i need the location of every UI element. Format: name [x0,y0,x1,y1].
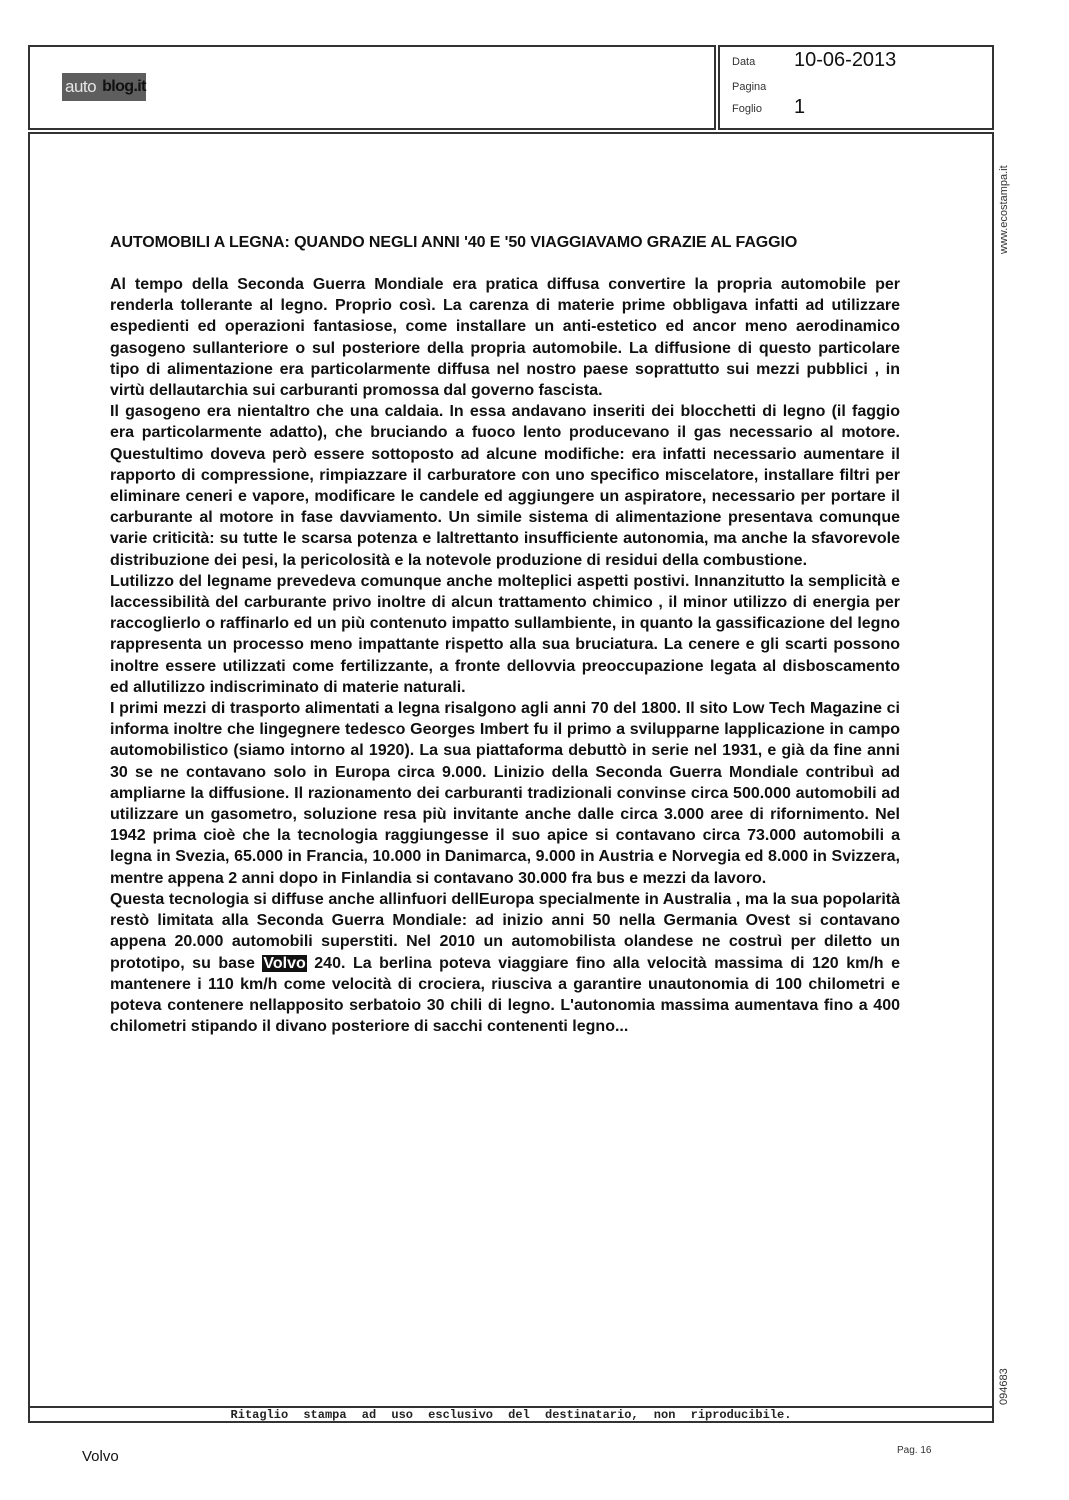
data-value: 10-06-2013 [794,49,896,72]
foglio-value: 1 [794,96,805,119]
logo-part-blog: blog.it [102,73,146,101]
header-logo-box: auto blog.it [28,45,716,130]
data-label: Data [732,56,755,68]
article-title: AUTOMOBILI A LEGNA: QUANDO NEGLI ANNI '4… [110,232,900,253]
foglio-label: Foglio [732,103,762,115]
paragraph-3: Lutilizzo del legname prevedeva comunque… [110,571,900,698]
pagina-label: Pagina [732,81,766,93]
page-number: Pag. 16 [897,1445,931,1456]
keyword-highlight: Volvo [262,955,306,972]
paragraph-4: I primi mezzi di trasporto alimentati a … [110,698,900,889]
paragraph-1: Al tempo della Seconda Guerra Mondiale e… [110,274,900,401]
reproduction-notice: Ritaglio stampa ad uso esclusivo del des… [30,1408,992,1422]
keyword-label: Volvo [82,1448,119,1465]
autoblog-logo: auto blog.it [62,73,146,101]
header-meta-box: Data 10-06-2013 Pagina Foglio 1 [718,45,994,130]
ecostampa-website: www.ecostampa.it [998,165,1010,254]
article-body: AUTOMOBILI A LEGNA: QUANDO NEGLI ANNI '4… [110,232,900,1037]
paragraph-5: Questa tecnologia si diffuse anche allin… [110,889,900,1037]
logo-part-auto: auto [65,73,96,101]
clipping-code: 094683 [998,1368,1010,1405]
paragraph-2: Il gasogeno era nientaltro che una calda… [110,401,900,571]
